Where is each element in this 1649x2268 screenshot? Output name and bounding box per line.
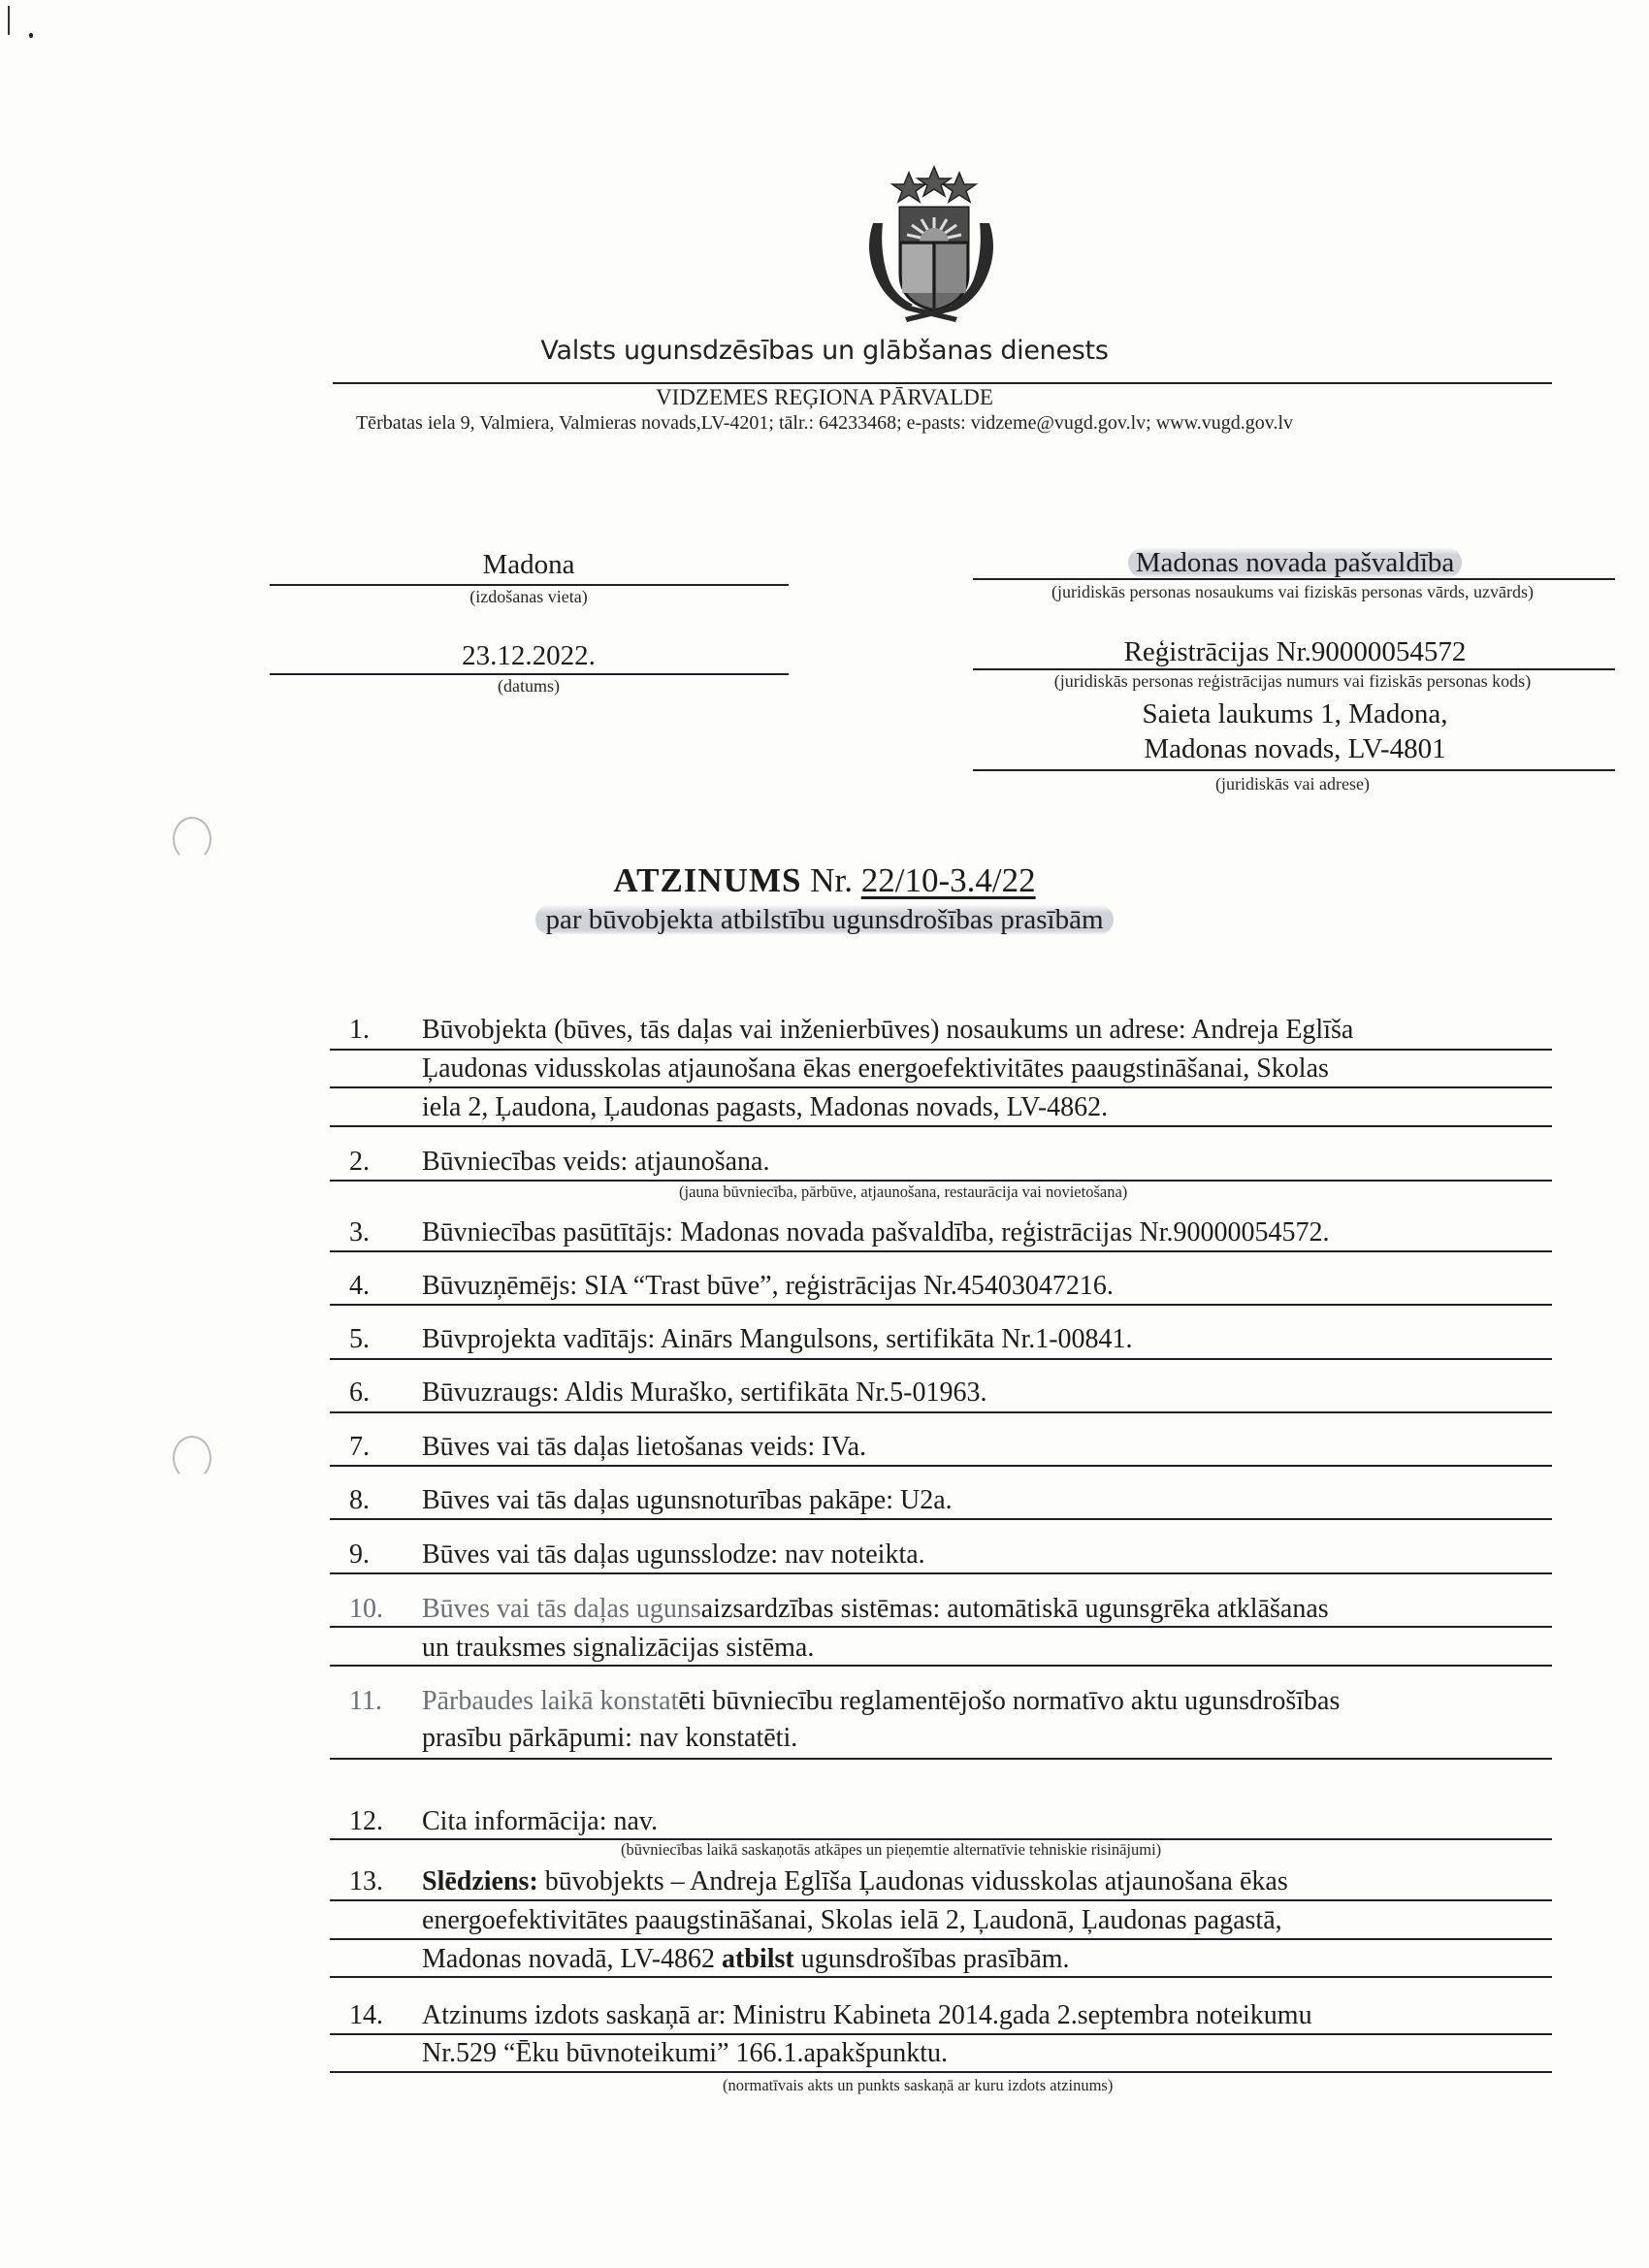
item-rule	[330, 1938, 1552, 1940]
item-rule	[330, 1250, 1552, 1252]
recipient-address-caption: (juridiskās vai adrese)	[970, 774, 1615, 794]
issue-place-rule	[270, 584, 789, 586]
item-text: iela 2, Ļaudona, Ļaudonas pagasts, Madon…	[422, 1092, 1108, 1122]
item-number: 5.	[349, 1324, 370, 1355]
punch-hole-mark	[173, 1436, 211, 1480]
item-text-line: Slēdziens: būvobjekts – Andreja Eglīša Ļ…	[422, 1866, 1288, 1897]
item-caption: (jauna būvniecība, pārbūve, atjaunošana,…	[679, 1183, 1127, 1202]
punch-hole-mark	[173, 817, 211, 861]
item-text-line: Nr.529 “Ēku būvnoteikumi” 166.1.apakšpun…	[422, 2038, 948, 2069]
item-rule	[330, 2071, 1552, 2073]
item-number: 3.	[349, 1217, 370, 1248]
item-rule	[330, 1125, 1552, 1127]
item-text-line: Būves vai tās daļas ugunsaizsardzības si…	[422, 1594, 1329, 1625]
item-rule	[330, 1518, 1552, 1520]
item-text: būvobjekts – Andreja Eglīša Ļaudonas vid…	[538, 1866, 1288, 1896]
item-text-line: Būvniecības pasūtītājs: Madonas novada p…	[422, 1217, 1329, 1248]
item-text: Madonas novadā, LV-4862	[422, 1944, 722, 1974]
item-text: Ļaudonas vidusskolas atjaunošana ēkas en…	[422, 1053, 1329, 1084]
item-rule	[330, 1049, 1552, 1051]
item-text-line: Cita informācija: nav.	[422, 1806, 658, 1837]
item-text: aizsardzības sistēmas: automātiskā uguns…	[701, 1594, 1329, 1624]
header-divider	[333, 382, 1552, 384]
item-text-line: Būves vai tās daļas ugunsnoturības pakāp…	[422, 1485, 953, 1516]
item-rule	[330, 1086, 1552, 1088]
recipient-registration: Reģistrācijas Nr.90000054572	[975, 636, 1615, 668]
recipient-registration-rule	[973, 668, 1615, 670]
item-number: 6.	[349, 1377, 370, 1409]
item-rule	[330, 1572, 1552, 1574]
item-number: 2.	[349, 1147, 370, 1178]
item-text-line: prasību pārkāpumi: nav konstatēti.	[422, 1723, 797, 1754]
recipient-name: Madonas novada pašvaldība	[975, 547, 1615, 579]
item-faded-prefix: Būves vai tās daļas uguns	[422, 1594, 701, 1624]
item-text-line: Būves vai tās daļas lietošanas veids: IV…	[422, 1432, 866, 1463]
item-text-line: Būvobjekta (būves, tās daļas vai inženie…	[422, 1015, 1353, 1046]
document-title-label: ATZINUMS	[613, 861, 801, 899]
item-text: Būvniecības pasūtītājs: Madonas novada p…	[422, 1217, 1329, 1247]
document-subtitle-text: par būvobjekta atbilstību ugunsdrošības …	[535, 904, 1113, 935]
item-text-line: Madonas novadā, LV-4862 atbilst ugunsdro…	[422, 1944, 1070, 1975]
item-number: 9.	[349, 1539, 370, 1571]
document-number: 22/10-3.4/22	[861, 861, 1036, 899]
item-text-line: Būvuzraugs: Aldis Muraško, sertifikāta N…	[422, 1377, 986, 1409]
region-name: VIDZEMES REĢIONA PĀRVALDE	[0, 385, 1649, 410]
item-text: Cita informācija: nav.	[422, 1806, 658, 1836]
item-number: 7.	[349, 1432, 370, 1463]
item-text: ēti būvniecību reglamentējošo normatīvo …	[678, 1686, 1340, 1716]
issue-place-caption: (izdošanas vieta)	[272, 587, 786, 607]
item-text: Būvuzraugs: Aldis Muraško, sertifikāta N…	[422, 1377, 986, 1408]
item-text: Būves vai tās daļas ugunsnoturības pakāp…	[422, 1485, 953, 1515]
item-caption: (būvniecības laikā saskaņotās atkāpes un…	[621, 1840, 1161, 1860]
item-text-line: Būves vai tās daļas ugunsslodze: nav not…	[422, 1539, 925, 1571]
item-text: Būvobjekta (būves, tās daļas vai inženie…	[422, 1015, 1353, 1045]
recipient-name-text: Madonas novada pašvaldība	[1128, 547, 1463, 578]
item-text: un trauksmes signalizācijas sistēma.	[422, 1633, 814, 1663]
item-rule	[330, 2033, 1552, 2035]
item-text-line: Būvniecības veids: atjaunošana.	[422, 1147, 769, 1178]
item-text: Būvniecības veids: atjaunošana.	[422, 1147, 769, 1177]
item-bold-word: atbilst	[722, 1944, 794, 1974]
item-rule	[330, 1626, 1552, 1628]
item-number: 12.	[349, 1806, 383, 1837]
item-number: 10.	[349, 1594, 383, 1625]
item-number: 13.	[349, 1866, 383, 1897]
document-nr-prefix: Nr.	[810, 861, 853, 899]
item-text-line: Būvuzņēmējs: SIA “Trast būve”, reģistrāc…	[422, 1271, 1114, 1302]
item-rule	[330, 1465, 1552, 1467]
item-rule	[330, 1758, 1552, 1760]
item-text: Nr.529 “Ēku būvnoteikumi” 166.1.apakšpun…	[422, 2038, 948, 2068]
item-text-line: energoefektivitātes paaugstināšanai, Sko…	[422, 1905, 1282, 1936]
recipient-address-rule	[973, 769, 1615, 771]
item-number: 14.	[349, 2000, 383, 2031]
item-text-line: un trauksmes signalizācijas sistēma.	[422, 1633, 814, 1664]
agency-name: Valsts ugunsdzēsības un glābšanas dienes…	[0, 336, 1649, 366]
item-text: Atzinums izdots saskaņā ar: Ministru Kab…	[422, 2000, 1312, 2030]
latvia-coat-of-arms-icon	[854, 165, 1009, 325]
item-rule	[330, 1180, 1552, 1182]
item-rule	[330, 1358, 1552, 1360]
item-text-line: Būvprojekta vadītājs: Ainārs Mangulsons,…	[422, 1324, 1133, 1355]
item-number: 8.	[349, 1485, 370, 1516]
document-title: ATZINUMS Nr. 22/10-3.4/22	[0, 861, 1649, 900]
item-number: 1.	[349, 1015, 370, 1046]
recipient-address-line2: Madonas novads, LV-4801	[975, 733, 1615, 765]
item-text: Būvprojekta vadītājs: Ainārs Mangulsons,…	[422, 1324, 1133, 1354]
item-rule	[330, 1976, 1552, 1978]
item-number: 11.	[349, 1686, 382, 1717]
recipient-name-rule	[973, 578, 1615, 580]
issue-date: 23.12.2022.	[272, 640, 786, 672]
item-text-line: Pārbaudes laikā konstatēti būvniecību re…	[422, 1686, 1340, 1717]
item-number: 4.	[349, 1271, 370, 1302]
scan-corner-mark	[8, 6, 10, 35]
item-bold-lead: Slēdziens:	[422, 1866, 538, 1896]
item-text: energoefektivitātes paaugstināšanai, Sko…	[422, 1905, 1282, 1935]
recipient-name-caption: (juridiskās personas nosaukums vai fizis…	[970, 582, 1615, 602]
item-faded-prefix: Pārbaudes laikā konstat	[422, 1686, 678, 1716]
issue-date-rule	[270, 673, 789, 675]
recipient-registration-caption: (juridiskās personas reģistrācijas numur…	[970, 671, 1615, 692]
item-text-line: Ļaudonas vidusskolas atjaunošana ēkas en…	[422, 1053, 1329, 1085]
item-rule	[330, 1899, 1552, 1901]
item-text: Būves vai tās daļas lietošanas veids: IV…	[422, 1432, 866, 1462]
item-text: Būves vai tās daļas ugunsslodze: nav not…	[422, 1539, 925, 1570]
item-text-line: iela 2, Ļaudona, Ļaudonas pagasts, Madon…	[422, 1092, 1108, 1123]
item-text: prasību pārkāpumi: nav konstatēti.	[422, 1723, 797, 1753]
document-subtitle: par būvobjekta atbilstību ugunsdrošības …	[0, 904, 1649, 936]
item-text: Būvuzņēmējs: SIA “Trast būve”, reģistrāc…	[422, 1271, 1114, 1301]
item-rule	[330, 1411, 1552, 1413]
scan-dot-mark	[29, 33, 33, 38]
item-rule	[330, 1665, 1552, 1667]
recipient-address-line1: Saieta laukums 1, Madona,	[975, 698, 1615, 730]
issue-place: Madona	[272, 549, 786, 581]
region-address: Tērbatas iela 9, Valmiera, Valmieras nov…	[0, 412, 1649, 435]
item-rule	[330, 1304, 1552, 1306]
issue-date-caption: (datums)	[272, 676, 786, 697]
item-caption: (normatīvais akts un punkts saskaņā ar k…	[723, 2076, 1113, 2095]
item-text-line: Atzinums izdots saskaņā ar: Ministru Kab…	[422, 2000, 1312, 2031]
item-tail: ugunsdrošības prasībām.	[794, 1944, 1070, 1974]
